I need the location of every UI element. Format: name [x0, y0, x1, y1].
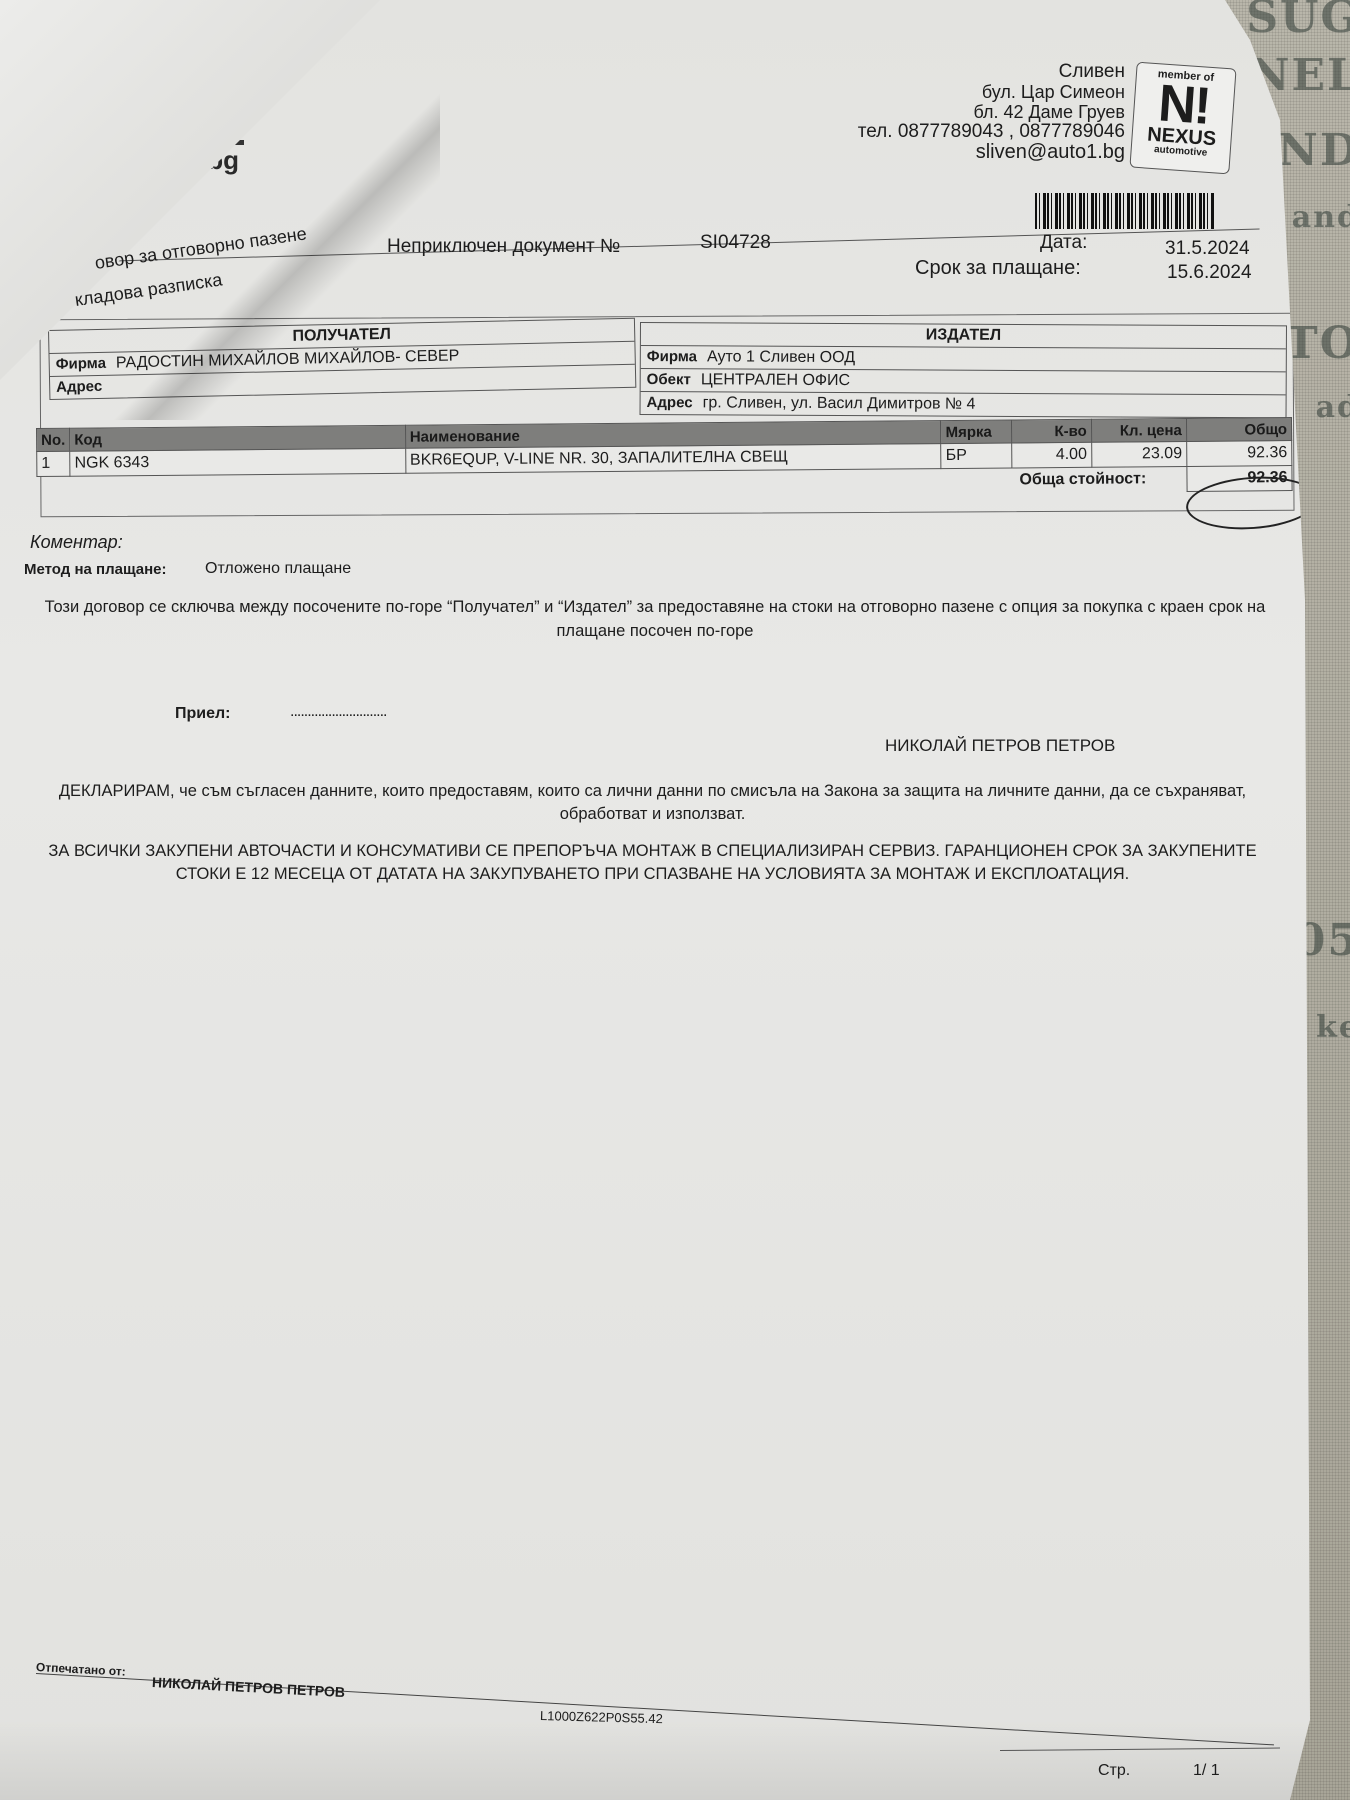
background-text: ke [1316, 1010, 1350, 1045]
data-declaration: ДЕКЛАРИРАМ, че съм съгласен данните, кои… [30, 780, 1275, 826]
accepted-label: Приел: [175, 705, 231, 723]
issuer-firm-row: ФирмаАуто 1 Сливен ООД [641, 346, 1286, 372]
paper-shadow [0, 1720, 1350, 1800]
background-text: and [1292, 200, 1350, 235]
background-text: ad [1316, 390, 1350, 425]
issuer-phones: тел. 0877789043 , 0877789046 [858, 122, 1125, 142]
printed-by-label: Отпечатано от: [36, 1660, 126, 1679]
cell-qty: 4.00 [1011, 442, 1091, 468]
issuer-address-row: Адресгр. Сливен, ул. Васил Димитров № 4 [641, 392, 1286, 417]
payment-method-value: Отложено плащане [205, 560, 351, 578]
nexus-badge: member of N! NEXUS automotive [1129, 62, 1236, 175]
page-label: Стр. [1098, 1762, 1130, 1780]
column-code: Код [70, 425, 406, 451]
printed-by-name: НИКОЛАЙ ПЕТРОВ ПЕТРОВ [152, 1674, 346, 1700]
items-table: No. Код Наименование Мярка К-во Кл. цена… [36, 417, 1293, 502]
issuer-box: ИЗДАТЕЛ ФирмаАуто 1 Сливен ООД ОбектЦЕНТ… [640, 322, 1287, 418]
background-text: TO [1285, 318, 1350, 369]
issuer-street: бул. Цар Симеон [858, 82, 1125, 102]
signature-line: ............................ [290, 703, 386, 721]
document-number: SI04728 [700, 232, 771, 254]
warranty-notice: ЗА ВСИЧКИ ЗАКУПЕНИ АВТОЧАСТИ И КОНСУМАТИ… [30, 840, 1275, 886]
cell-price: 23.09 [1091, 441, 1186, 467]
page-number: 1/ 1 [1193, 1762, 1220, 1780]
date-label: Дата: [1040, 232, 1087, 254]
issuer-block: бл. 42 Даме Груев [858, 102, 1125, 122]
issuer-object: ЦЕНТРАЛЕН ОФИС [701, 371, 850, 389]
document-code: L1000Z622P0S55.42 [540, 1708, 663, 1726]
cell-unit: БР [941, 443, 1011, 469]
cell-code: NGK 6343 [70, 448, 406, 476]
due-date-value: 15.6.2024 [1167, 262, 1252, 284]
issuer-contact: Сливен бул. Цар Симеон бл. 42 Даме Груев… [858, 62, 1125, 162]
issuer-object-row: ОбектЦЕНТРАЛЕН ОФИС [641, 369, 1286, 395]
cell-no: 1 [37, 451, 70, 476]
column-total: Общо [1186, 418, 1291, 442]
date-value: 31.5.2024 [1165, 238, 1250, 260]
issuer-email: sliven@auto1.bg [858, 142, 1125, 162]
contract-text: Този договор се сключва между посочените… [20, 595, 1290, 643]
column-qty: К-во [1011, 419, 1091, 443]
due-date-label: Срок за плащане: [915, 257, 1081, 280]
payment-method-label: Метод на плащане: [24, 561, 167, 578]
cell-total: 92.36 [1186, 441, 1291, 467]
barcode [1035, 193, 1215, 229]
issuer-header: ИЗДАТЕЛ [641, 323, 1286, 349]
column-price: Кл. цена [1091, 418, 1186, 442]
column-unit: Мярка [941, 420, 1011, 444]
column-no: No. [37, 428, 70, 451]
field-label: Фирма [647, 348, 697, 365]
field-label: Адрес [647, 394, 693, 411]
signer-name: НИКОЛАЙ ПЕТРОВ ПЕТРОВ [885, 736, 1115, 756]
comment-label: Коментар: [30, 532, 123, 553]
issuer-firm: Ауто 1 Сливен ООД [707, 348, 855, 366]
grand-total-label: Обща стойност: [941, 466, 1187, 493]
issuer-address: гр. Сливен, ул. Васил Димитров № 4 [703, 394, 976, 412]
issuer-city: Сливен [858, 62, 1125, 82]
field-label: Обект [647, 371, 691, 388]
